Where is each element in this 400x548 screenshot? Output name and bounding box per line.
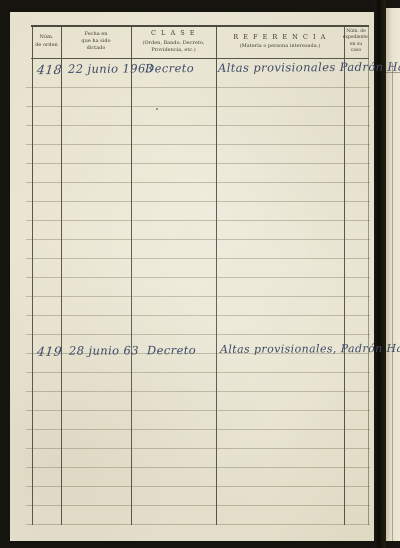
scanned-ledger-photo: Núm. de orden Fecha en que ha sido dicta…: [0, 0, 400, 548]
cell-num-orden: 418: [36, 62, 63, 77]
cell-referencia: Altas provisionales Padrón Habit.: [218, 59, 400, 74]
ruled-entry-lines: [26, 87, 370, 525]
register-table: Núm. de orden Fecha en que ha sido dicta…: [32, 25, 368, 525]
table-right-border: [368, 25, 369, 525]
header-fecha: Fecha en que ha sido dictado: [61, 25, 131, 58]
header-referencia-subtitle: (Materia o persona interesada.): [240, 43, 321, 50]
column-divider-num-fecha: [61, 25, 62, 525]
cell-fecha: 22 junio 1963: [68, 61, 154, 76]
header-referencia: R E F E R E N C I A (Materia o persona i…: [216, 25, 344, 58]
header-num-orden: Núm. de orden: [32, 25, 61, 58]
header-bottom-border: [31, 58, 369, 59]
header-clase: C L A S E (Orden, Bando, Decreto, Provid…: [131, 25, 216, 58]
header-expediente: Núm. de expediente, en su caso: [344, 25, 368, 58]
cell-clase: Decreto: [145, 61, 194, 75]
ledger-page: Núm. de orden Fecha en que ha sido dicta…: [10, 12, 374, 541]
ink-speck: [156, 108, 158, 110]
table-row: 418 22 junio 1963 Decreto Altas provisio…: [32, 60, 368, 84]
header-clase-title: C L A S E: [151, 29, 196, 38]
cell-referencia: Altas provisionales, Padrón Hab.: [220, 342, 400, 356]
cell-num-orden: 419: [36, 344, 63, 359]
cell-fecha: 28 junio 63: [69, 343, 139, 357]
column-divider-referencia-expediente: [344, 25, 345, 525]
header-referencia-title: R E F E R E N C I A: [233, 33, 327, 42]
table-row: 419 28 junio 63 Decreto Altas provisiona…: [32, 342, 368, 366]
next-page-edge: [386, 8, 400, 541]
cell-clase: Decreto: [147, 343, 196, 357]
column-divider-clase-referencia: [216, 25, 217, 525]
book-binding-gap: [374, 0, 386, 548]
table-left-border: [32, 25, 33, 525]
next-page-rule: [392, 63, 393, 541]
column-divider-fecha-clase: [131, 25, 132, 525]
header-clase-subtitle: (Orden, Bando, Decreto, Providencia, etc…: [143, 40, 205, 54]
